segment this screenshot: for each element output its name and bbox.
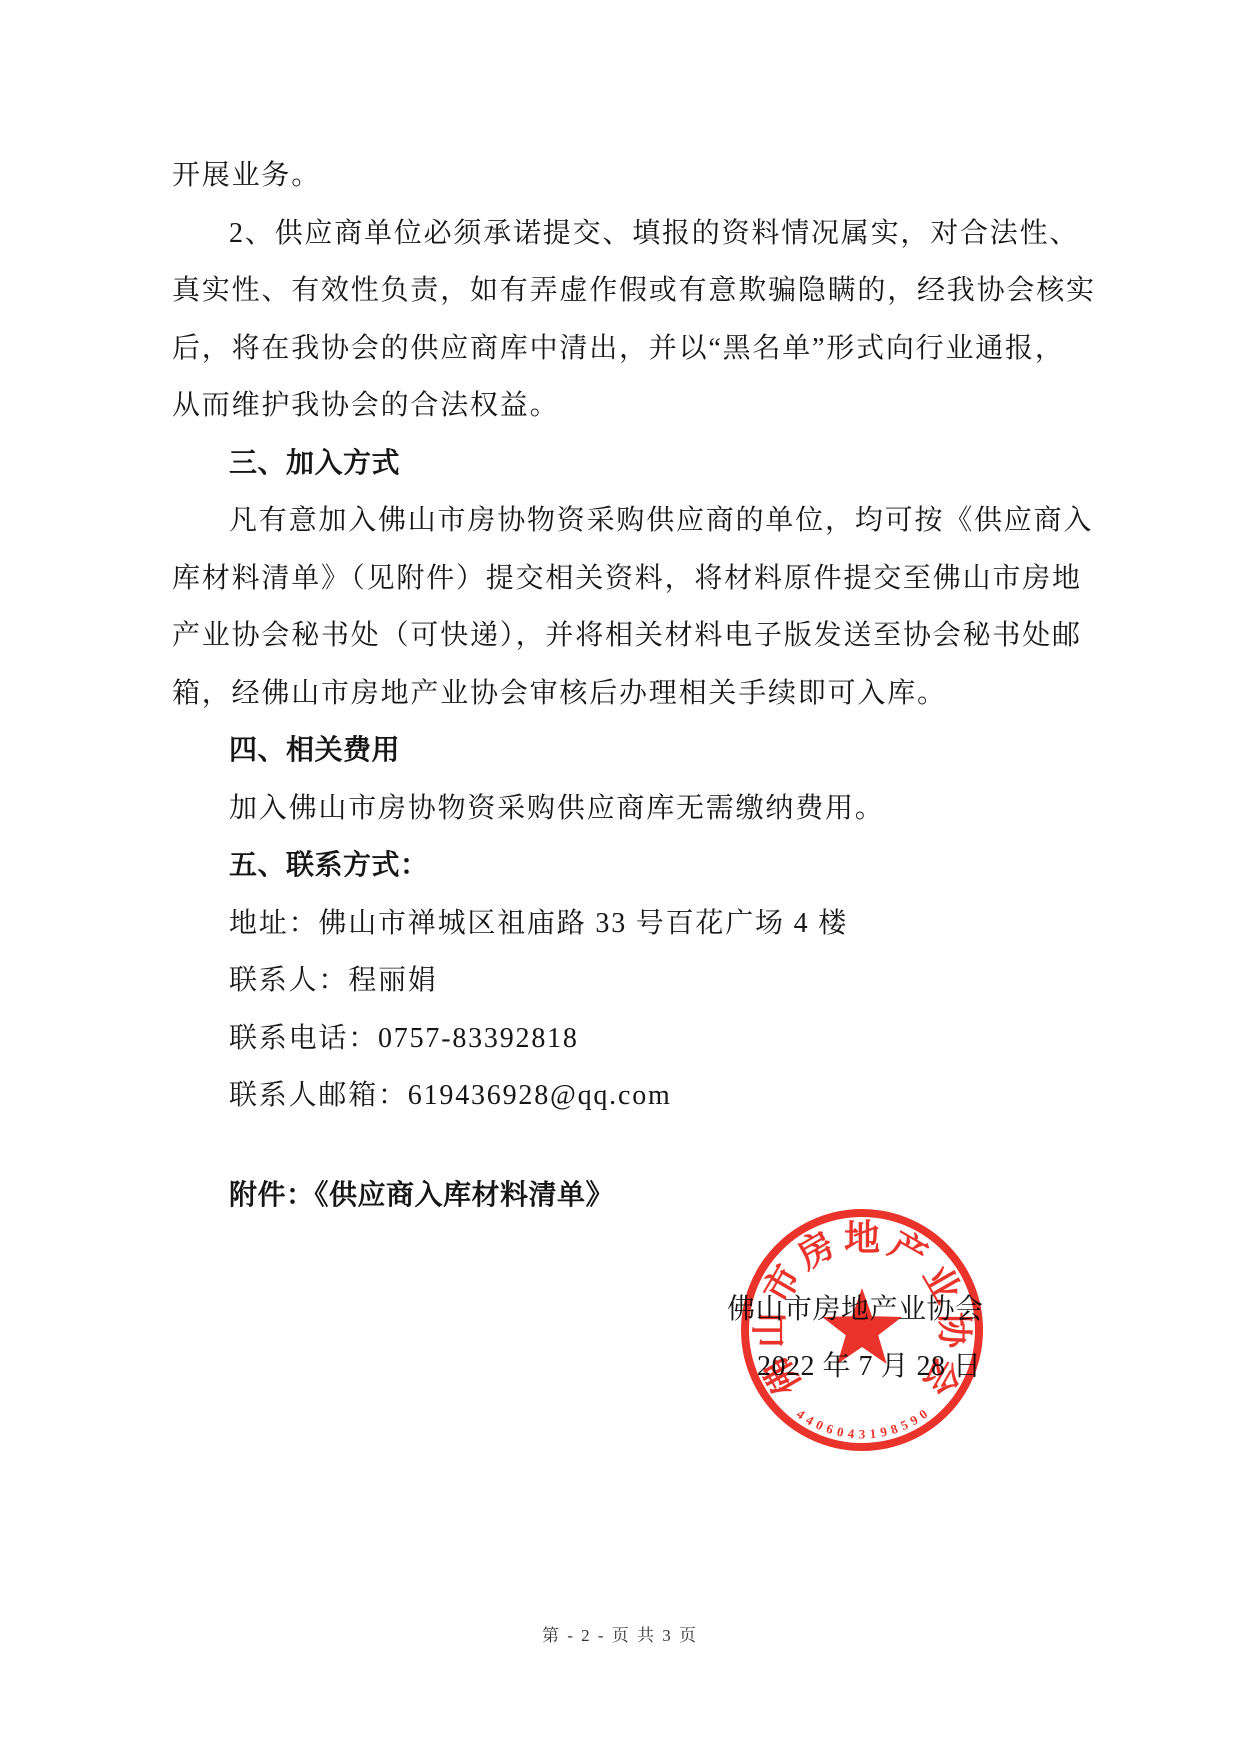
- section-heading: 五、联系方式：: [172, 837, 1102, 895]
- text-line: 产业协会秘书处（可快递），并将相关材料电子版发送至协会秘书处邮: [172, 607, 1102, 665]
- document-page: 开展业务。2、供应商单位必须承诺提交、填报的资料情况属实，对合法性、真实性、有效…: [0, 0, 1240, 1754]
- svg-text:6: 6: [824, 1421, 835, 1437]
- svg-text:4: 4: [847, 1426, 856, 1442]
- svg-text:1: 1: [869, 1426, 877, 1442]
- svg-text:8: 8: [889, 1421, 900, 1437]
- text-line: 后，将在我协会的供应商库中清出，并以“黑名单”形式向行业通报，: [172, 320, 1102, 378]
- section-heading: 四、相关费用: [172, 722, 1102, 780]
- text-line: 联系电话：0757-83392818: [172, 1010, 1102, 1068]
- text-line: 真实性、有效性负责，如有弄虚作假或有意欺骗隐瞒的，经我协会核实: [172, 262, 1102, 320]
- svg-text:0: 0: [916, 1406, 930, 1422]
- page-footer: 第 - 2 - 页 共 3 页: [0, 1626, 1240, 1646]
- text-line: 加入佛山市房协物资采购供应商库无需缴纳费用。: [172, 780, 1102, 838]
- text-line: 2、供应商单位必须承诺提交、填报的资料情况属实，对合法性、: [172, 205, 1102, 263]
- svg-text:0: 0: [836, 1424, 845, 1440]
- text-line: 开展业务。: [172, 147, 1102, 205]
- text-line: 联系人：程丽娟: [172, 952, 1102, 1010]
- document-body: 开展业务。2、供应商单位必须承诺提交、填报的资料情况属实，对合法性、真实性、有效…: [172, 147, 1102, 1125]
- text-line: 从而维护我协会的合法权益。: [172, 377, 1102, 435]
- svg-text:9: 9: [879, 1424, 889, 1440]
- svg-text:3: 3: [859, 1427, 866, 1442]
- text-line: 凡有意加入佛山市房协物资采购供应商的单位，均可按《供应商入: [172, 492, 1102, 550]
- text-line: 地址：佛山市禅城区祖庙路 33 号百花广场 4 楼: [172, 895, 1102, 953]
- svg-text:山: 山: [750, 1312, 790, 1348]
- section-heading: 三、加入方式: [172, 435, 1102, 493]
- svg-text:协: 协: [934, 1312, 974, 1350]
- attachment-line: 附件：《供应商入库材料清单》: [229, 1167, 614, 1225]
- svg-text:地: 地: [844, 1218, 880, 1258]
- svg-text:0: 0: [814, 1417, 826, 1433]
- text-line: 联系人邮箱：619436928@qq.com: [172, 1067, 1102, 1125]
- official-seal-stamp-icon: 佛山市房地产业协会4406043198590: [732, 1200, 992, 1460]
- text-line: 库材料清单》（见附件）提交相关资料，将材料原件提交至佛山市房地: [172, 550, 1102, 608]
- text-line: 箱，经佛山市房地产业协会审核后办理相关手续即可入库。: [172, 665, 1102, 723]
